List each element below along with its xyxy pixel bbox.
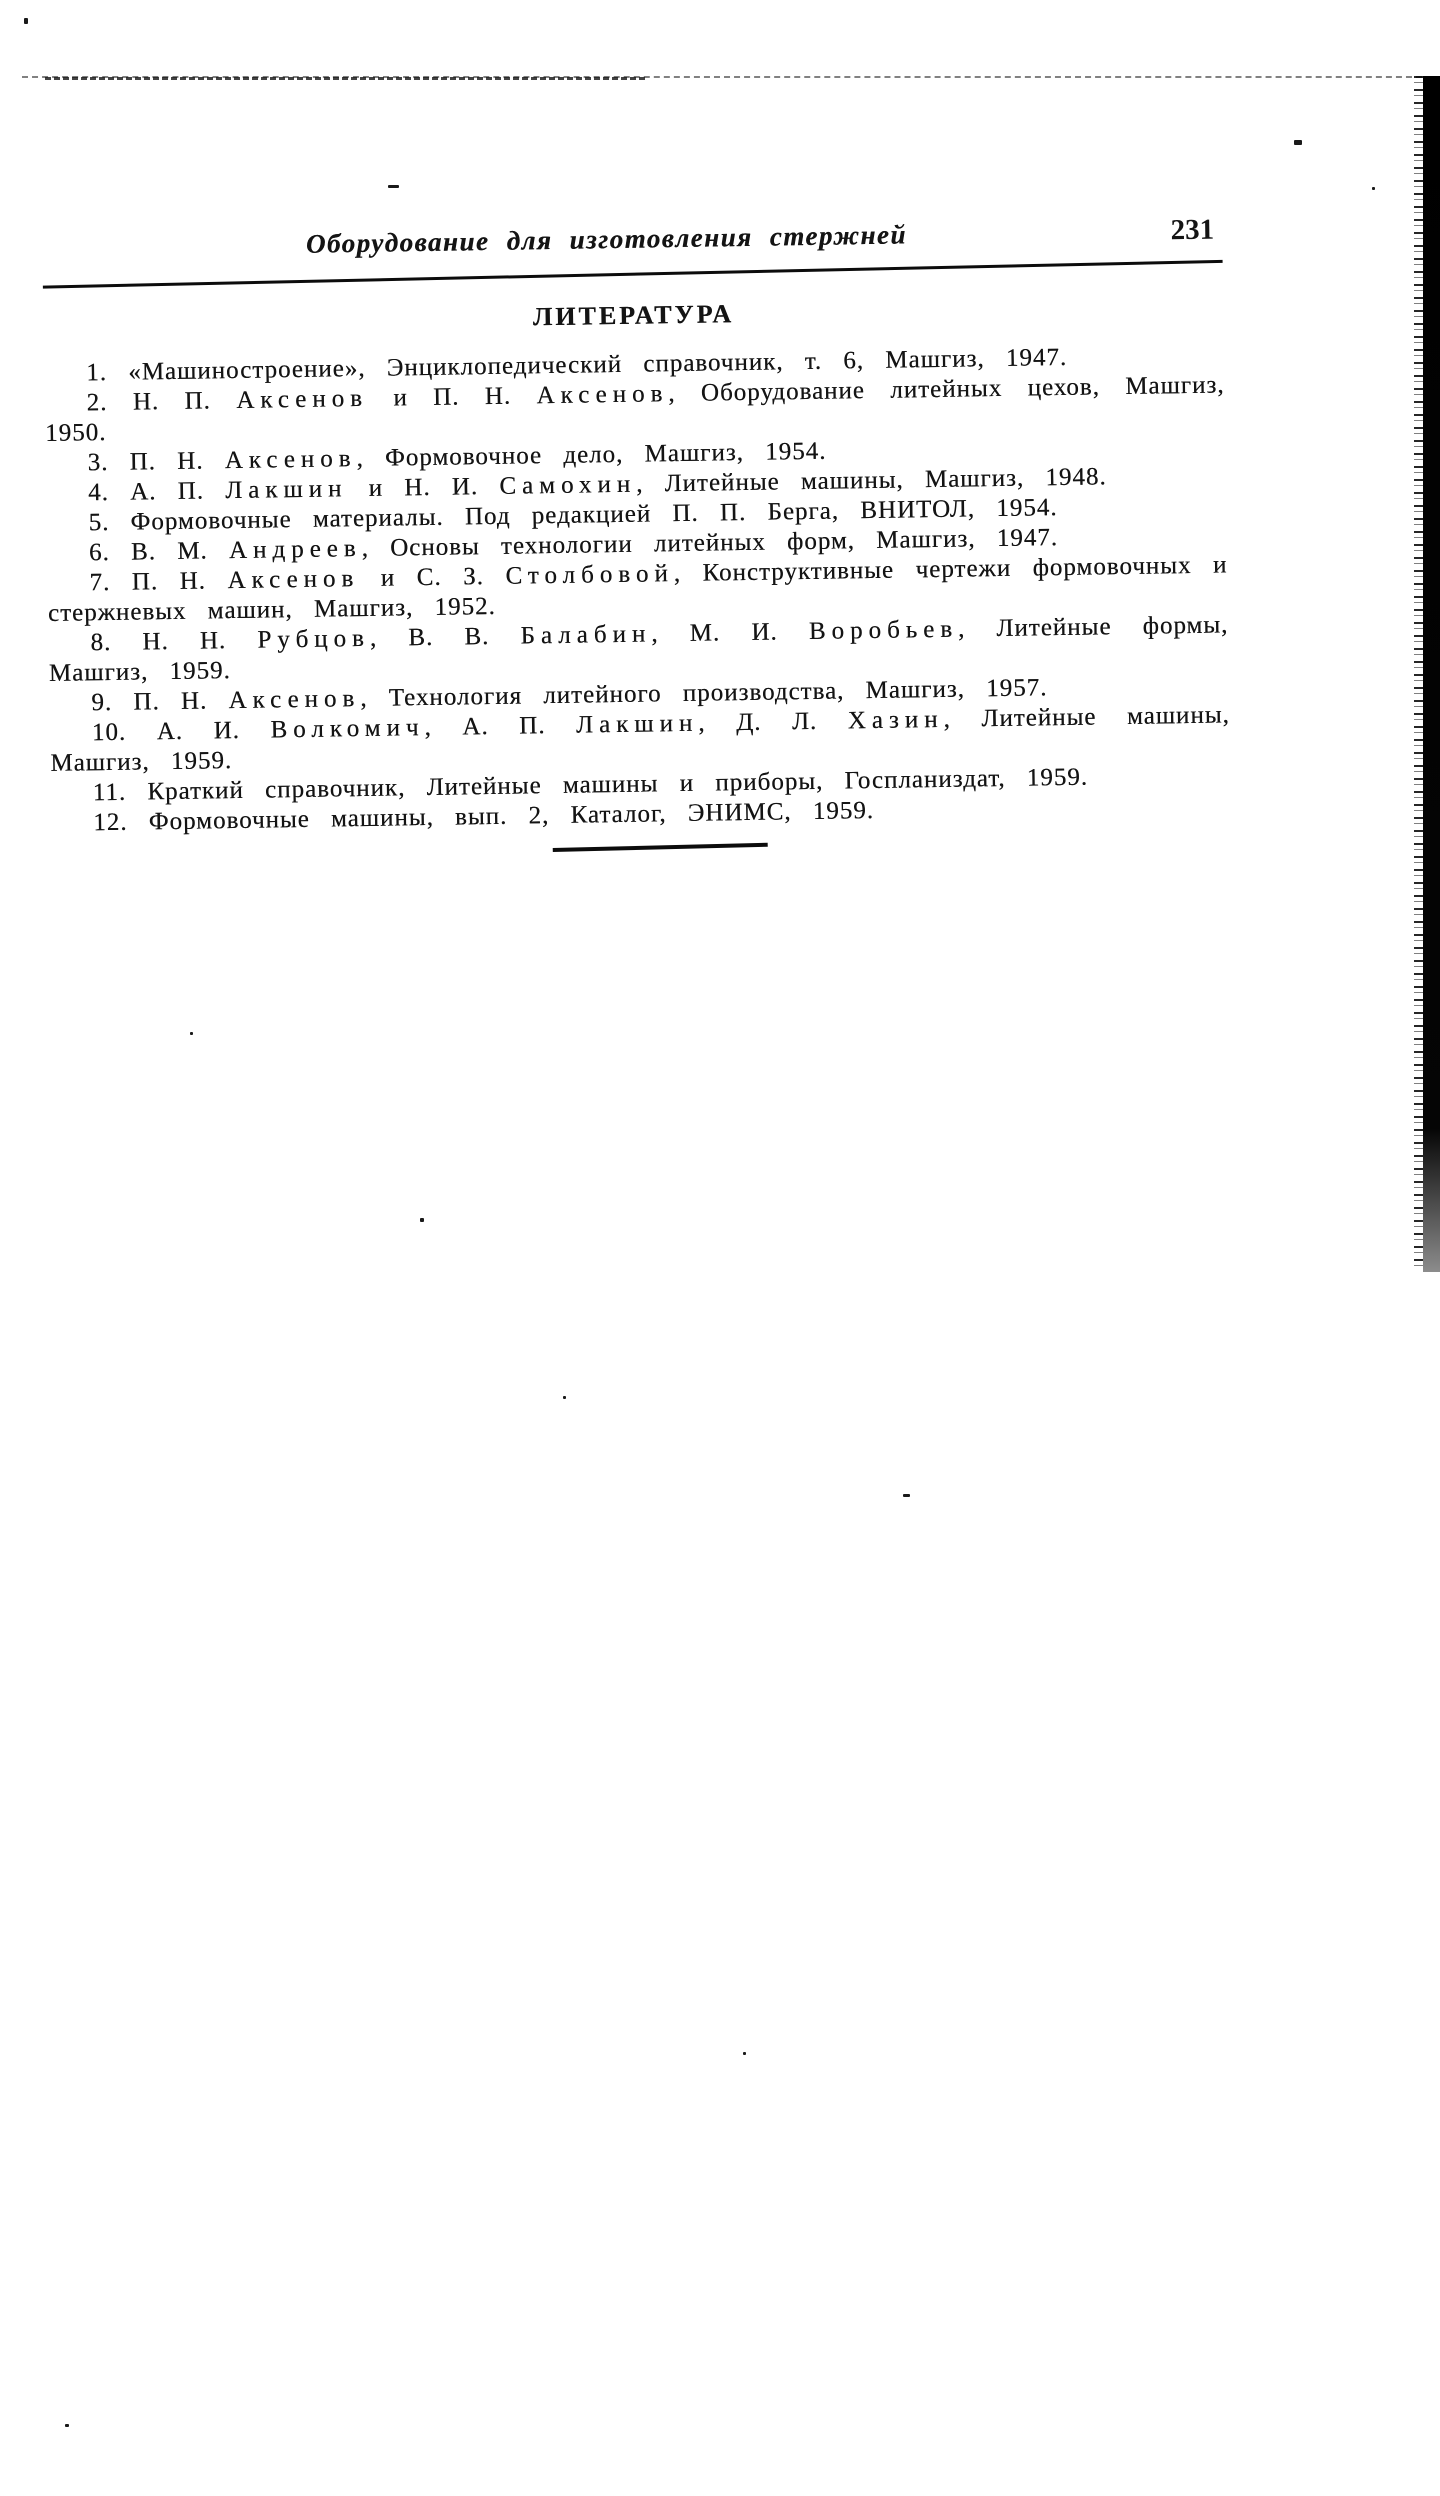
author-name: Рубцов <box>257 625 370 654</box>
reference-text: , В. В. <box>370 623 521 652</box>
author-name: Волкомич <box>270 714 424 743</box>
reference-text: , А. П. <box>424 712 576 741</box>
scan-speck <box>743 2052 746 2055</box>
reference-text: , М. И. <box>651 618 809 647</box>
scan-artifact-edge-strip <box>1423 76 1440 1272</box>
author-name: Самохин <box>499 471 636 500</box>
scan-speck <box>65 2424 69 2427</box>
references-list: 1. «Машиностроение», Энциклопедический с… <box>44 340 1231 838</box>
scan-speck <box>190 1032 193 1035</box>
author-name: Аксенов <box>236 385 368 414</box>
scan-speck <box>388 185 399 188</box>
running-head: Оборудование для изготовления стержней 2… <box>42 213 1223 280</box>
reference-text: 8. Н. Н. <box>90 627 257 657</box>
author-name: Аксенов <box>536 380 668 409</box>
reference-text: 6. В. М. <box>89 537 229 566</box>
author-name: Аксенов <box>228 685 360 714</box>
running-title: Оборудование для изготовления стержней <box>42 215 1171 264</box>
reference-text: 4. А. П. <box>88 477 226 506</box>
author-name: Лакшин <box>225 475 348 504</box>
author-name: Андреев <box>229 535 362 564</box>
scan-speck <box>903 1494 910 1497</box>
author-name: Аксенов <box>227 565 359 594</box>
scanned-book-page: Оборудование для изготовления стержней 2… <box>0 0 1440 2496</box>
reference-text: , Д. Л. <box>698 707 848 736</box>
author-name: Воробьев <box>809 616 959 645</box>
reference-text: 9. П. Н. <box>91 687 229 716</box>
author-name: Балабин <box>520 620 651 649</box>
author-name: Аксенов <box>225 445 357 474</box>
scan-speck <box>1372 187 1375 190</box>
scan-artifact-top-line-heavy <box>45 77 645 80</box>
scan-speck <box>24 18 28 24</box>
reference-text: и П. Н. <box>368 382 537 412</box>
author-name: Столбовой <box>505 560 674 590</box>
author-name: Лакшин <box>576 710 699 739</box>
reference-text: 10. А. И. <box>92 716 271 746</box>
author-name: Хазин <box>848 706 944 735</box>
reference-text: 3. П. Н. <box>87 447 225 476</box>
scan-speck <box>563 1396 566 1399</box>
scan-speck <box>1294 140 1302 145</box>
reference-text: и Н. И. <box>347 473 499 502</box>
reference-text: 7. П. Н. <box>89 567 227 596</box>
section-title: ЛИТЕРАТУРА <box>43 292 1223 339</box>
reference-text: и С. З. <box>359 563 506 592</box>
page-number: 231 <box>1170 213 1222 247</box>
page-content: Оборудование для изготовления стержней 2… <box>42 213 1232 858</box>
end-divider <box>552 843 767 852</box>
reference-text: 2. Н. П. <box>86 387 236 416</box>
scan-speck <box>420 1218 424 1222</box>
